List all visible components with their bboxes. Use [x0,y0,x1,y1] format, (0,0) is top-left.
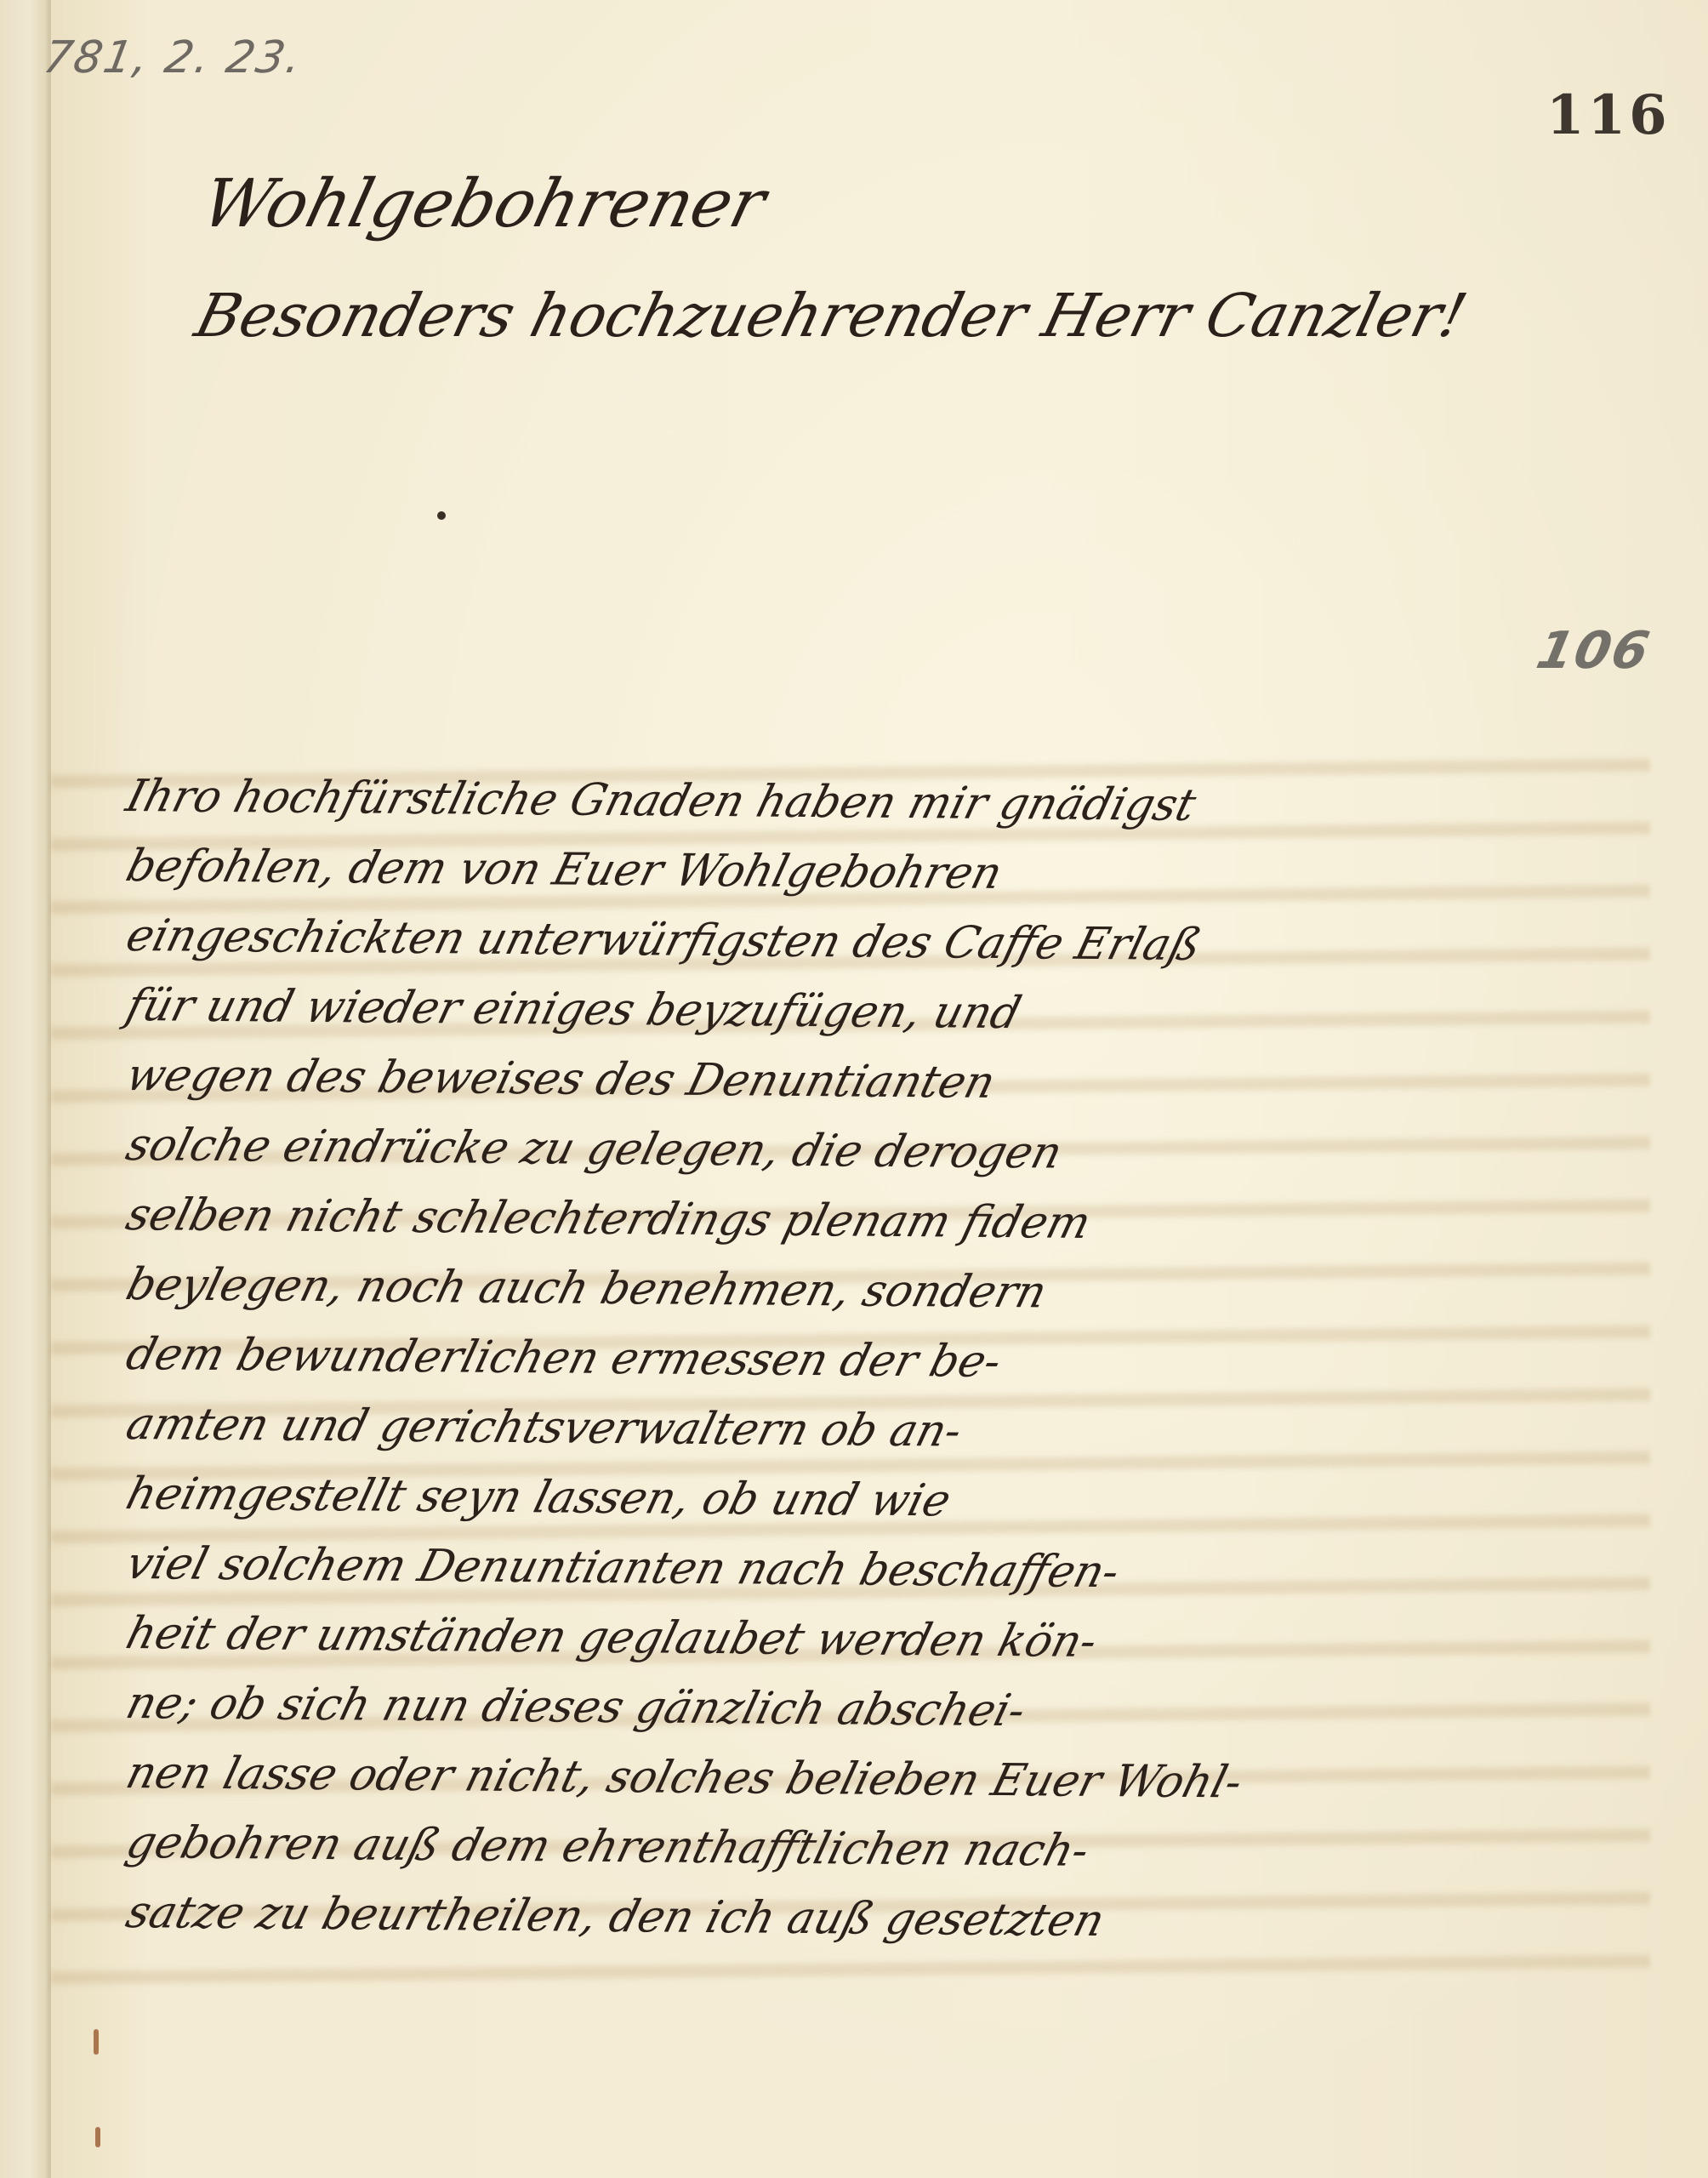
binding-edge [0,0,51,2178]
body-line: nen lasse oder nicht, solches belieben E… [118,1738,1655,1822]
body-line: solche eindrücke zu gelegen, die derogen [118,1110,1655,1194]
body-line: satze zu beurtheilen, den ich auß gesetz… [118,1878,1655,1961]
body-line: befohlen, dem von Euer Wohlgebohren [118,831,1655,915]
body-line: ne; ob sich nun dieses gänzlich abschei- [118,1668,1655,1752]
ink-dot [437,511,446,520]
body-line: Ihro hochfürstliche Gnaden haben mir gnä… [118,761,1655,845]
archival-reference: 781, 2. 23. [40,32,307,83]
body-line: eingeschickten unterwürfigsten des Caffe… [118,901,1655,984]
body-line: amten und gerichtsverwaltern ob an- [118,1389,1655,1473]
body-line: viel solchem Denuntianten nach beschaffe… [118,1529,1655,1612]
body-line: beylegen, noch auch benehmen, sondern [118,1250,1655,1333]
letter-body: Ihro hochfürstliche Gnaden haben mir gnä… [128,761,1650,1947]
salutation-line-1: Wohlgebohrener [195,166,773,242]
body-line: für und wieder einiges beyzufügen, und [118,971,1655,1054]
folio-number-stamp: 116 [1546,83,1671,147]
body-line: dem bewunderlichen ermessen der be- [118,1320,1655,1403]
margin-folio-pencil: 106 [1532,621,1656,681]
body-line: selben nicht schlechterdings plenam fide… [118,1180,1655,1263]
body-line: heit der umständen geglaubet werden kön- [118,1599,1655,1682]
body-line: heimgestellt seyn lassen, ob und wie [118,1459,1655,1542]
body-line: wegen des beweises des Denuntianten [118,1041,1655,1124]
salutation-line-2: Besonders hochzuehrender Herr Canzler! [189,281,1474,351]
body-line: gebohren auß dem ehrenthafftlichen nach- [118,1808,1655,1891]
